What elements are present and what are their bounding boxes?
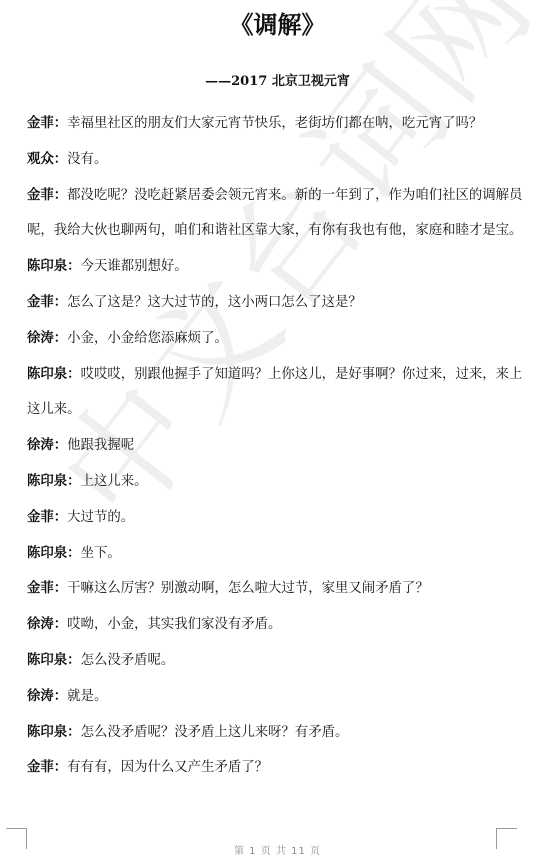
speaker-separator: ： xyxy=(54,581,67,596)
speaker-name: 观众 xyxy=(27,152,54,167)
speaker-name: 金菲 xyxy=(27,581,54,596)
dialogue-line: 金菲：都没吃呢？没吃赶紧居委会领元宵来。新的一年到了，作为咱们社区的调解员呢，我… xyxy=(27,178,532,250)
speaker-separator: ： xyxy=(54,152,67,167)
speaker-separator: ： xyxy=(54,617,67,632)
page-number: 第 1 页 共 11 页 xyxy=(0,842,555,857)
speaker-separator: ： xyxy=(54,116,67,131)
line-text: 小金，小金给您添麻烦了。 xyxy=(67,331,228,346)
line-text: 哎呦，小金，其实我们家没有矛盾。 xyxy=(67,617,281,632)
speaker-separator: ： xyxy=(54,295,67,310)
speaker-separator: ： xyxy=(67,367,80,382)
line-text: 坐下。 xyxy=(81,546,121,561)
dialogue-line: 徐涛：哎呦，小金，其实我们家没有矛盾。 xyxy=(27,607,532,643)
speaker-name: 陈印泉 xyxy=(27,259,67,274)
dialogue-line: 陈印泉：哎哎哎，别跟他握手了知道吗？上你这儿，是好事啊？你过来，过来，来上这儿来… xyxy=(27,357,532,429)
line-text: 上这儿来。 xyxy=(81,474,148,489)
speaker-separator: ： xyxy=(67,546,80,561)
line-text: 就是。 xyxy=(67,689,107,704)
document-title: 《调解》 xyxy=(0,8,555,42)
speaker-separator: ： xyxy=(67,653,80,668)
line-text: 有有有，因为什么又产生矛盾了？ xyxy=(67,760,268,775)
speaker-name: 陈印泉 xyxy=(27,367,67,382)
dialogue-line: 观众：没有。 xyxy=(27,142,532,178)
line-text: 怎么没矛盾呢？没矛盾上这儿来呀？有矛盾。 xyxy=(81,725,349,740)
speaker-name: 陈印泉 xyxy=(27,546,67,561)
dialogue-line: 徐涛：就是。 xyxy=(27,679,532,715)
dialogue-line: 金菲：怎么了这是？这大过节的，这小两口怎么了这是？ xyxy=(27,285,532,321)
speaker-separator: ： xyxy=(67,474,80,489)
speaker-separator: ： xyxy=(54,510,67,525)
speaker-separator: ： xyxy=(54,188,67,203)
speaker-name: 徐涛 xyxy=(27,331,54,346)
line-text: 幸福里社区的朋友们大家元宵节快乐，老街坊们都在呐，吃元宵了吗？ xyxy=(67,116,482,131)
speaker-name: 陈印泉 xyxy=(27,474,67,489)
speaker-name: 徐涛 xyxy=(27,617,54,632)
line-text: 都没吃呢？没吃赶紧居委会领元宵来。新的一年到了，作为咱们社区的调解员呢，我给大伙… xyxy=(27,188,522,239)
line-text: 没有。 xyxy=(67,152,107,167)
dialogue-line: 金菲：幸福里社区的朋友们大家元宵节快乐，老街坊们都在呐，吃元宵了吗？ xyxy=(27,106,532,142)
line-text: 哎哎哎，别跟他握手了知道吗？上你这儿，是好事啊？你过来，过来，来上这儿来。 xyxy=(27,367,522,418)
speaker-separator: ： xyxy=(54,331,67,346)
speaker-name: 陈印泉 xyxy=(27,653,67,668)
speaker-name: 金菲 xyxy=(27,760,54,775)
line-text: 怎么没矛盾呢。 xyxy=(81,653,175,668)
speaker-separator: ： xyxy=(67,259,80,274)
dialogue-line: 陈印泉：坐下。 xyxy=(27,536,532,572)
speaker-name: 徐涛 xyxy=(27,438,54,453)
speaker-name: 金菲 xyxy=(27,510,54,525)
document-subtitle: ——2017 北京卫视元宵 xyxy=(0,72,555,92)
speaker-name: 陈印泉 xyxy=(27,725,67,740)
dialogue-line: 陈印泉：上这儿来。 xyxy=(27,464,532,500)
dialogue-line: 陈印泉：怎么没矛盾呢。 xyxy=(27,643,532,679)
speaker-separator: ： xyxy=(54,689,67,704)
dialogue-line: 徐涛：他跟我握呢 xyxy=(27,428,532,464)
line-text: 今天谁都别想好。 xyxy=(81,259,188,274)
speaker-separator: ： xyxy=(54,760,67,775)
dialogue-line: 金菲：大过节的。 xyxy=(27,500,532,536)
speaker-separator: ： xyxy=(67,725,80,740)
dialogue-line: 金菲：干嘛这么厉害？别激动啊，怎么啦大过节，家里又闹矛盾了？ xyxy=(27,571,532,607)
speaker-name: 金菲 xyxy=(27,295,54,310)
dialogue-line: 金菲：有有有，因为什么又产生矛盾了？ xyxy=(27,750,532,786)
speaker-name: 金菲 xyxy=(27,116,54,131)
line-text: 他跟我握呢 xyxy=(67,438,134,453)
speaker-separator: ： xyxy=(54,438,67,453)
line-text: 怎么了这是？这大过节的，这小两口怎么了这是？ xyxy=(67,295,362,310)
dialogue-line: 徐涛：小金，小金给您添麻烦了。 xyxy=(27,321,532,357)
speaker-name: 金菲 xyxy=(27,188,54,203)
dialogue-line: 陈印泉：今天谁都别想好。 xyxy=(27,249,532,285)
dialogue-line: 陈印泉：怎么没矛盾呢？没矛盾上这儿来呀？有矛盾。 xyxy=(27,715,532,751)
line-text: 大过节的。 xyxy=(67,510,134,525)
speaker-name: 徐涛 xyxy=(27,689,54,704)
line-text: 干嘛这么厉害？别激动啊，怎么啦大过节，家里又闹矛盾了？ xyxy=(67,581,429,596)
dialogue-list: 金菲：幸福里社区的朋友们大家元宵节快乐，老街坊们都在呐，吃元宵了吗？ 观众：没有… xyxy=(27,106,532,786)
